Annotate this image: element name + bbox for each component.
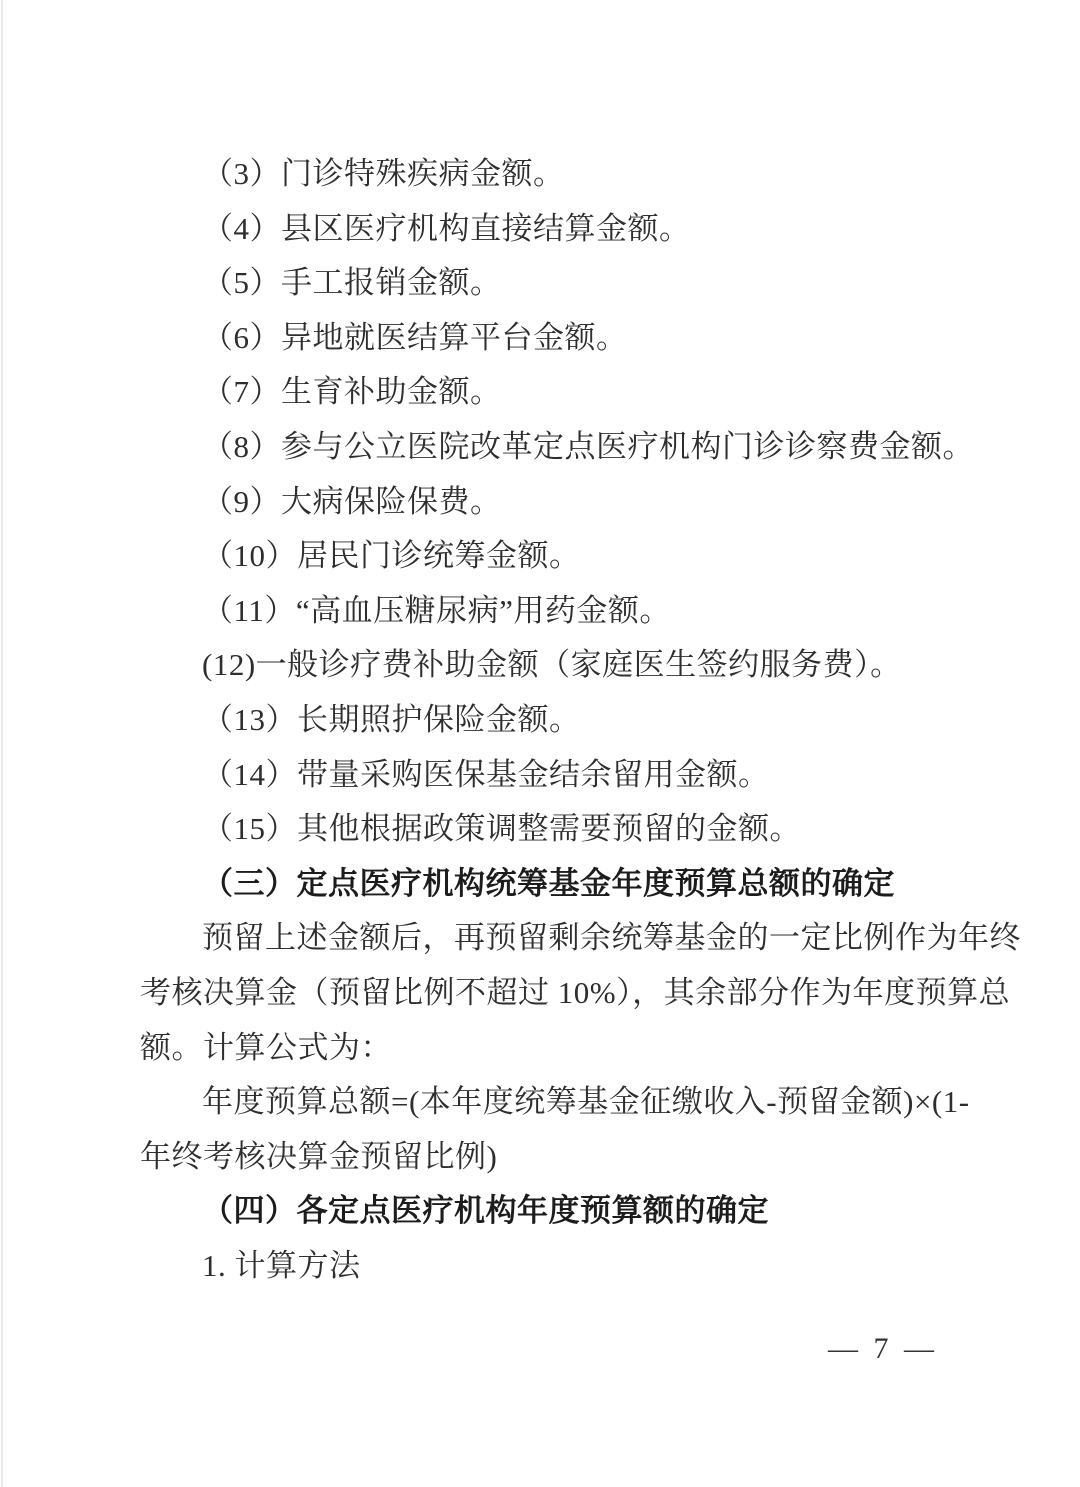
formula-line: 年度预算总额=(本年度统筹基金征缴收入-预留金额)×(1- [140, 1075, 955, 1130]
list-item: （6）异地就医结算平台金额。 [140, 311, 955, 366]
list-item: （14）带量采购医保基金结余留用金额。 [140, 748, 955, 803]
list-item: （11）“高血压糖尿病”用药金额。 [140, 584, 955, 639]
list-item: （8）参与公立医院改革定点医疗机构门诊诊察费金额。 [140, 420, 955, 475]
list-item: （13）长期照护保险金额。 [140, 693, 955, 748]
paragraph-line: 考核决算金（预留比例不超过 10%），其余部分作为年度预算总 [140, 966, 955, 1021]
list-item: （5）手工报销金额。 [140, 256, 955, 311]
page-edge-line [1, 0, 3, 1487]
paragraph-line: 额。计算公式为： [140, 1021, 955, 1076]
paragraph-line: 预留上述金额后，再预留剩余统筹基金的一定比例作为年终 [140, 911, 955, 966]
list-item: （3）门诊特殊疾病金额。 [140, 147, 955, 202]
list-item: （9）大病保险保费。 [140, 475, 955, 530]
section-heading-3: （三）定点医疗机构统筹基金年度预算总额的确定 [140, 857, 955, 912]
list-item: （7）生育补助金额。 [140, 365, 955, 420]
list-item: （10）居民门诊统筹金额。 [140, 529, 955, 584]
list-item: （4）县区医疗机构直接结算金额。 [140, 202, 955, 257]
page-number: — 7 — [828, 1332, 938, 1366]
document-body: （3）门诊特殊疾病金额。 （4）县区医疗机构直接结算金额。 （5）手工报销金额。… [140, 147, 955, 1293]
section-heading-4: （四）各定点医疗机构年度预算额的确定 [140, 1184, 955, 1239]
list-item: (12)一般诊疗费补助金额（家庭医生签约服务费）。 [140, 638, 955, 693]
step-heading: 1. 计算方法 [140, 1239, 955, 1294]
document-page: （3）门诊特殊疾病金额。 （4）县区医疗机构直接结算金额。 （5）手工报销金额。… [0, 0, 1080, 1487]
formula-line: 年终考核决算金预留比例) [140, 1130, 955, 1185]
list-item: （15）其他根据政策调整需要预留的金额。 [140, 802, 955, 857]
